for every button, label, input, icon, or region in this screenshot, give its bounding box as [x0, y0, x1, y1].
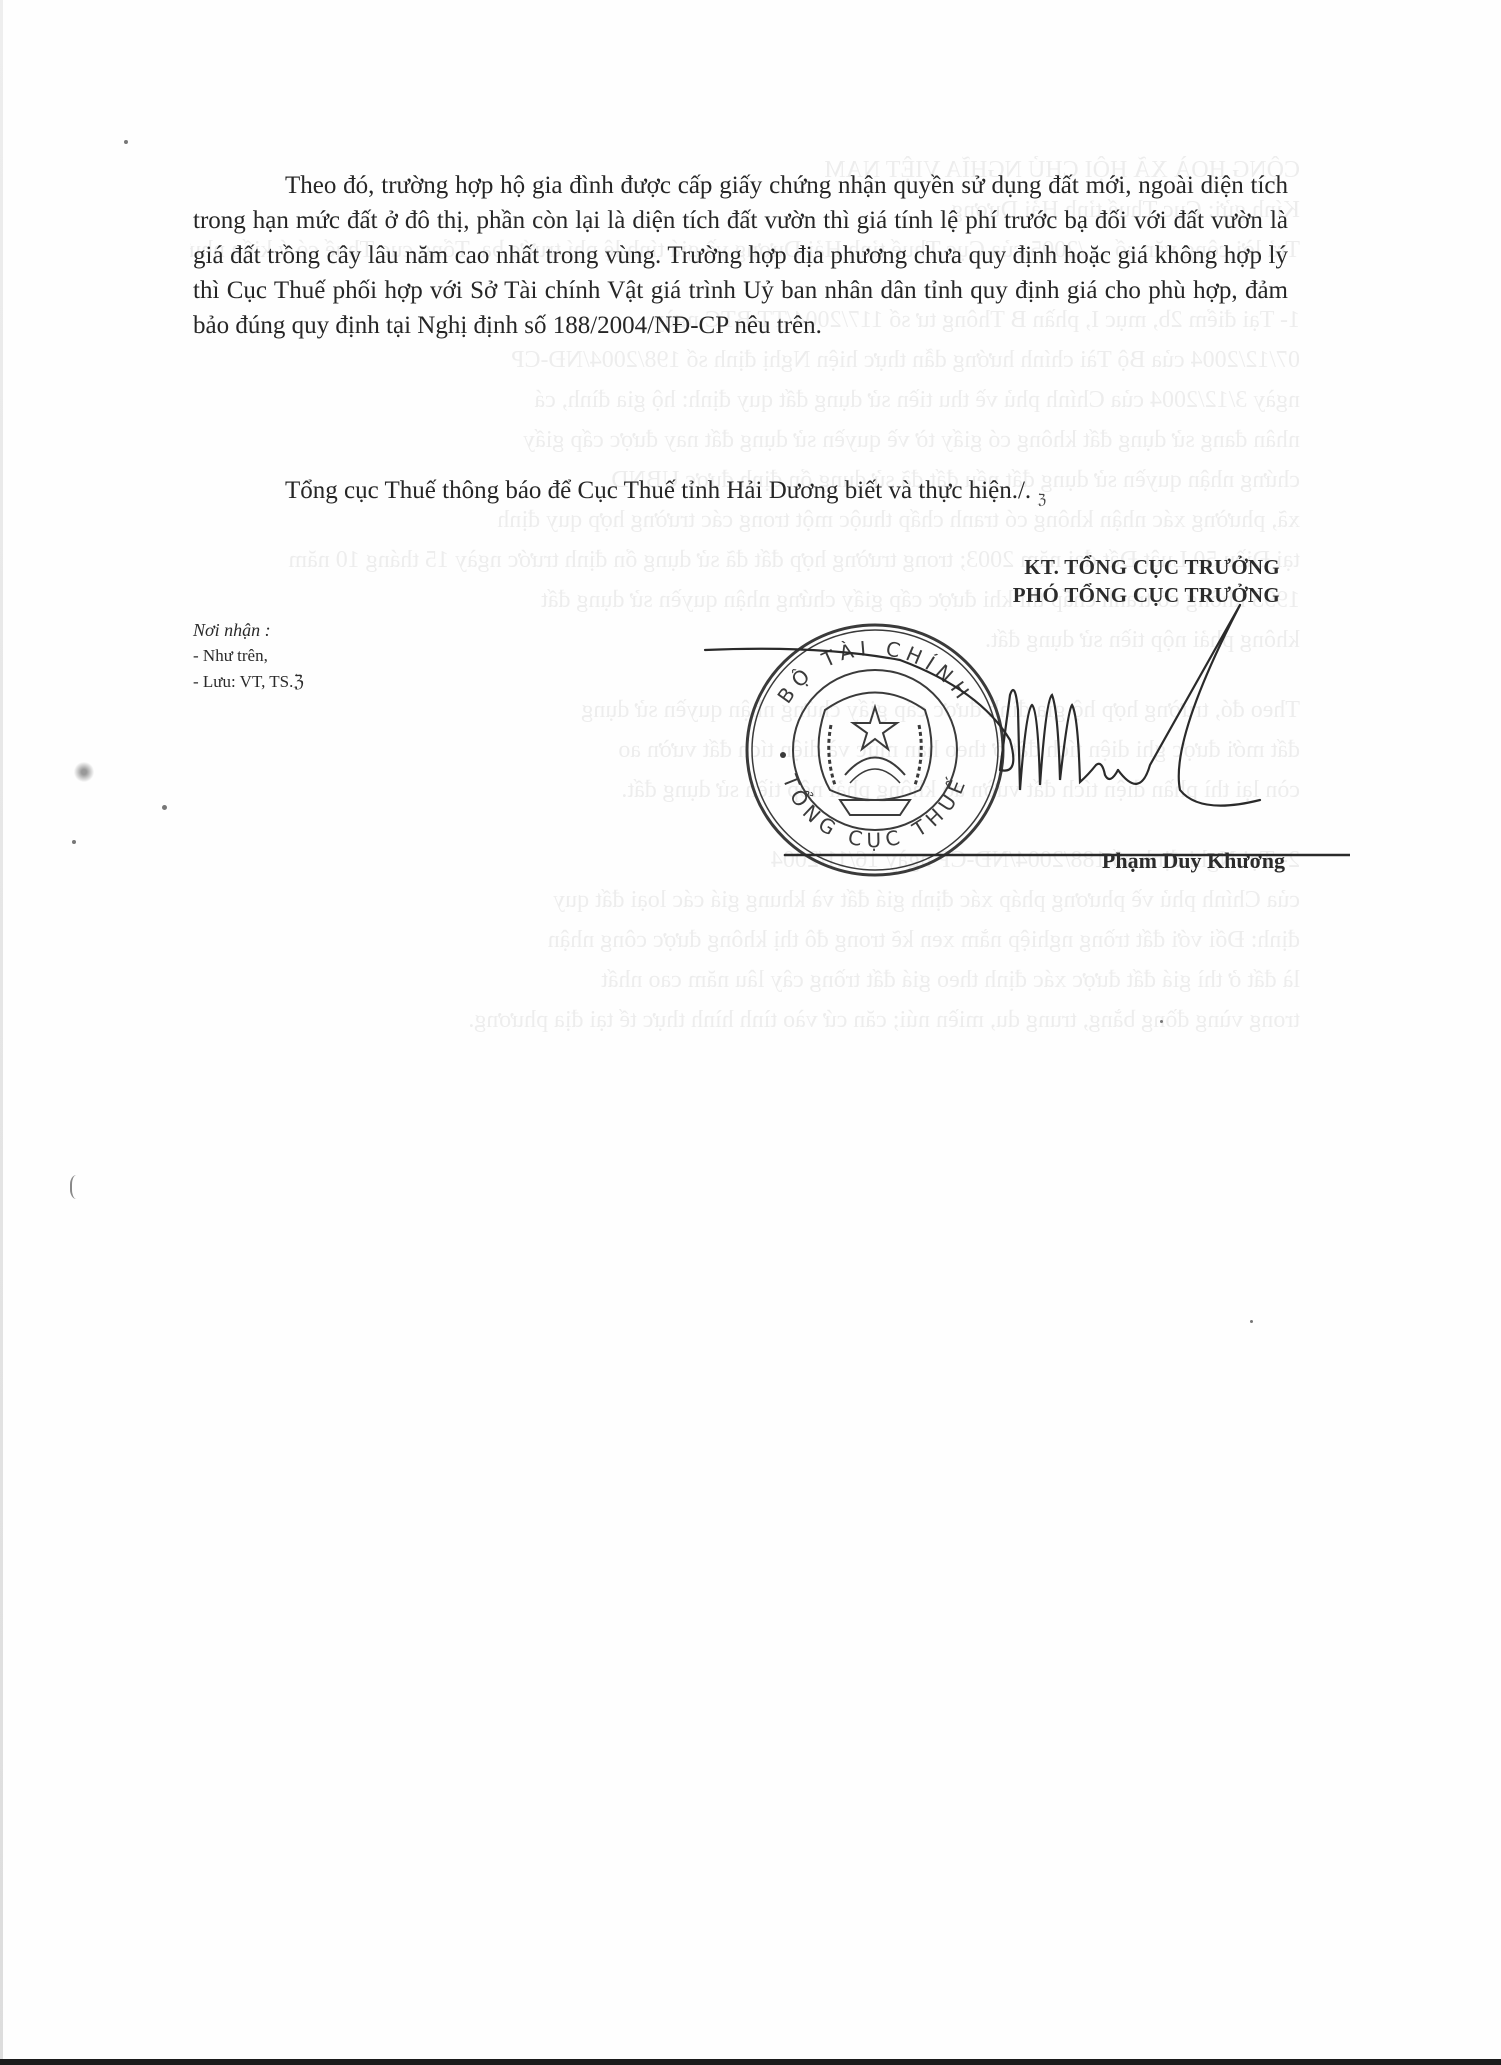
bleed-through-line: là đất ở thì giá đất được xác định theo …	[190, 960, 1300, 1000]
bleed-through-line: nhân đang sử dụng đất không có giấy tờ v…	[190, 420, 1300, 460]
body-paragraph: Theo đó, trường hợp hộ gia đình được cấp…	[193, 168, 1288, 343]
bleed-through-line: của Chính phủ về phương pháp xác định gi…	[190, 880, 1300, 920]
recipient-item: - Lưu: VT, TS.ℨ	[193, 669, 493, 695]
bleed-through-line: trong vùng đồng bằng, trung du, miền núi…	[190, 1000, 1300, 1040]
scan-speck	[1250, 1320, 1253, 1323]
recipients-title: Nơi nhận :	[193, 617, 493, 643]
initial-mark: ℨ	[1037, 493, 1046, 508]
scan-edge	[0, 2059, 1501, 2065]
signer-name: Phạm Duy Khương	[985, 848, 1285, 874]
document-page: CỘNG HOÀ XÃ HỘI CHỦ NGHĨA VIỆT NAMKính g…	[0, 0, 1501, 2065]
scan-speck	[70, 1175, 86, 1199]
bleed-through-line: ngày 3/12/2004 của Chính phủ về thu tiền…	[190, 380, 1300, 420]
bleed-through-line: định: Đối với đất trồng nghiệp nằm xen k…	[190, 920, 1300, 960]
bleed-through-line: 07/12/2004 của Bộ Tài chính hướng dẫn th…	[190, 340, 1300, 380]
scan-speck	[72, 760, 96, 784]
scan-speck	[72, 840, 76, 844]
scan-speck	[1160, 1020, 1163, 1023]
recipient-item: - Như trên,	[193, 643, 493, 669]
scan-edge	[0, 0, 3, 2065]
recipients-block: Nơi nhận : - Như trên, - Lưu: VT, TS.ℨ	[193, 617, 493, 695]
signer-title-line1: KT. TỔNG CỤC TRƯỞNG	[880, 553, 1280, 581]
closing-text: Tổng cục Thuế thông báo để Cục Thuế tỉnh…	[285, 477, 1031, 504]
scan-speck	[124, 140, 128, 144]
signature-icon	[700, 600, 1350, 860]
closing-line: Tổng cục Thuế thông báo để Cục Thuế tỉnh…	[285, 473, 1335, 518]
scan-speck	[162, 805, 167, 810]
